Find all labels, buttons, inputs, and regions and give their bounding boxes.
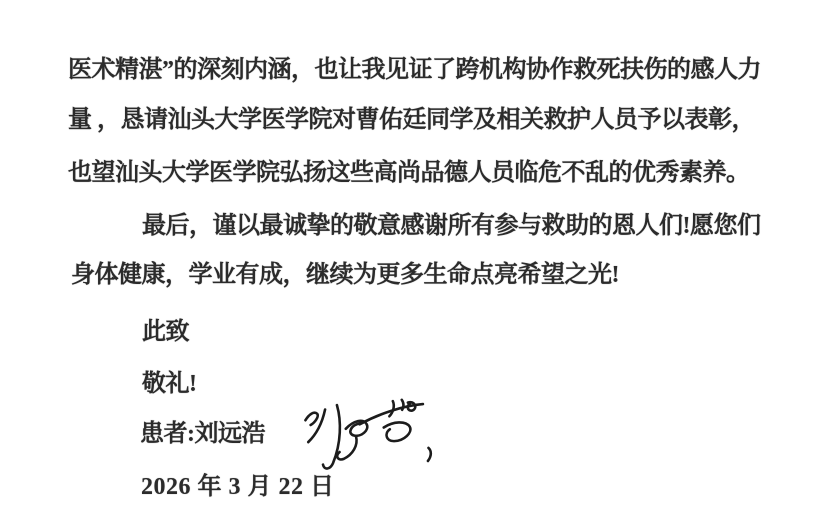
letter-body-line-3: 也望汕头大学医学院弘扬这些高尚品德人员临危不乱的优秀素养。 [68,157,750,189]
handwritten-signature [295,391,444,478]
letter-body-line-1: 医术精湛”的深刻内涵，也让我见证了跨机构协作救死扶伤的感人力 [68,54,761,86]
closing-jingli: 敬礼! [142,368,197,400]
signer-label: 患者:刘远浩 [140,418,265,450]
letter-body-line-4: 最后，谨以最诚挚的敬意感谢所有参与救助的恩人们!愿您们 [142,210,761,242]
letter-body-line-5: 身体健康，学业有成，继续为更多生命点亮希望之光! [71,259,619,291]
letter-page: 医术精湛”的深刻内涵，也让我见证了跨机构协作救死扶伤的感人力 量 ，恳请汕头大学… [0,0,834,529]
closing-cizhi: 此致 [142,316,189,348]
letter-body-line-2: 量 ，恳请汕头大学医学院对曹佑廷同学及相关救护人员予以表彰， [68,104,755,136]
signature-ink-strokes [295,391,444,478]
